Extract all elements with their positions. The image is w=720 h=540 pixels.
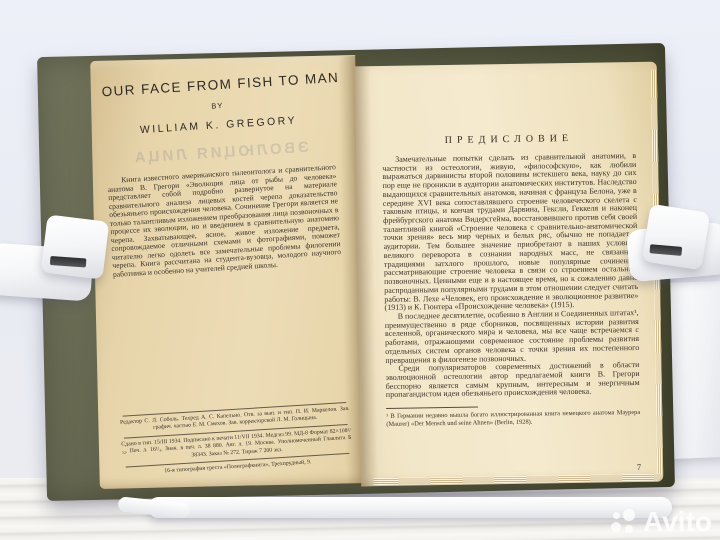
left-page-content: OUR FACE FROM FISH TO MAN BY WILLIAM K. … — [82, 50, 373, 493]
left-page: OUR FACE FROM FISH TO MAN BY WILLIAM K. … — [90, 55, 365, 489]
preface-paragraph-2: В последнее десятилетие, особенно в Англ… — [385, 309, 640, 365]
right-page-content: ПРЕДИСЛОВИЕ Замечательные попытки сделат… — [355, 62, 664, 487]
avito-wordmark: Avito — [643, 508, 712, 536]
stand-clip-right-slot — [649, 244, 682, 256]
right-page: ПРЕДИСЛОВИЕ Замечательные попытки сделат… — [355, 62, 664, 487]
stand-clip-left-pad — [41, 214, 110, 279]
book-title: OUR FACE FROM FISH TO MAN — [101, 70, 330, 99]
colophon: Редактор С. Л. Соболь. Техред А. С. Капе… — [116, 398, 356, 480]
preface-paragraph-3: Среди популяризаторов современных достиж… — [385, 361, 640, 400]
footnote-text: ¹ В Германии недавно вышла богато иллюст… — [386, 409, 640, 429]
avito-dot-bottom-left — [611, 522, 621, 532]
stand-clip-left-slot — [50, 256, 87, 267]
footnote-rule — [386, 407, 478, 409]
preface-paragraph-1: Замечательные попытки сделать из сравнит… — [382, 152, 638, 313]
stand-ledge — [148, 497, 672, 518]
preface-heading: ПРЕДИСЛОВИЕ — [382, 132, 636, 147]
author-name: WILLIAM K. GREGORY — [104, 112, 333, 138]
book-photo: OUR FACE FROM FISH TO MAN BY WILLIAM K. … — [0, 0, 720, 540]
page-number: 7 — [637, 462, 641, 472]
avito-dot-bottom-right — [625, 525, 633, 533]
avito-dots-icon — [611, 508, 638, 536]
avito-dot-top-left — [613, 512, 620, 519]
avito-dot-top-right — [623, 509, 635, 521]
annotation-paragraph: Книга известного американского палеонтол… — [107, 163, 342, 279]
avito-watermark: Avito — [611, 508, 712, 536]
stand-clip-right-pad — [642, 204, 710, 271]
